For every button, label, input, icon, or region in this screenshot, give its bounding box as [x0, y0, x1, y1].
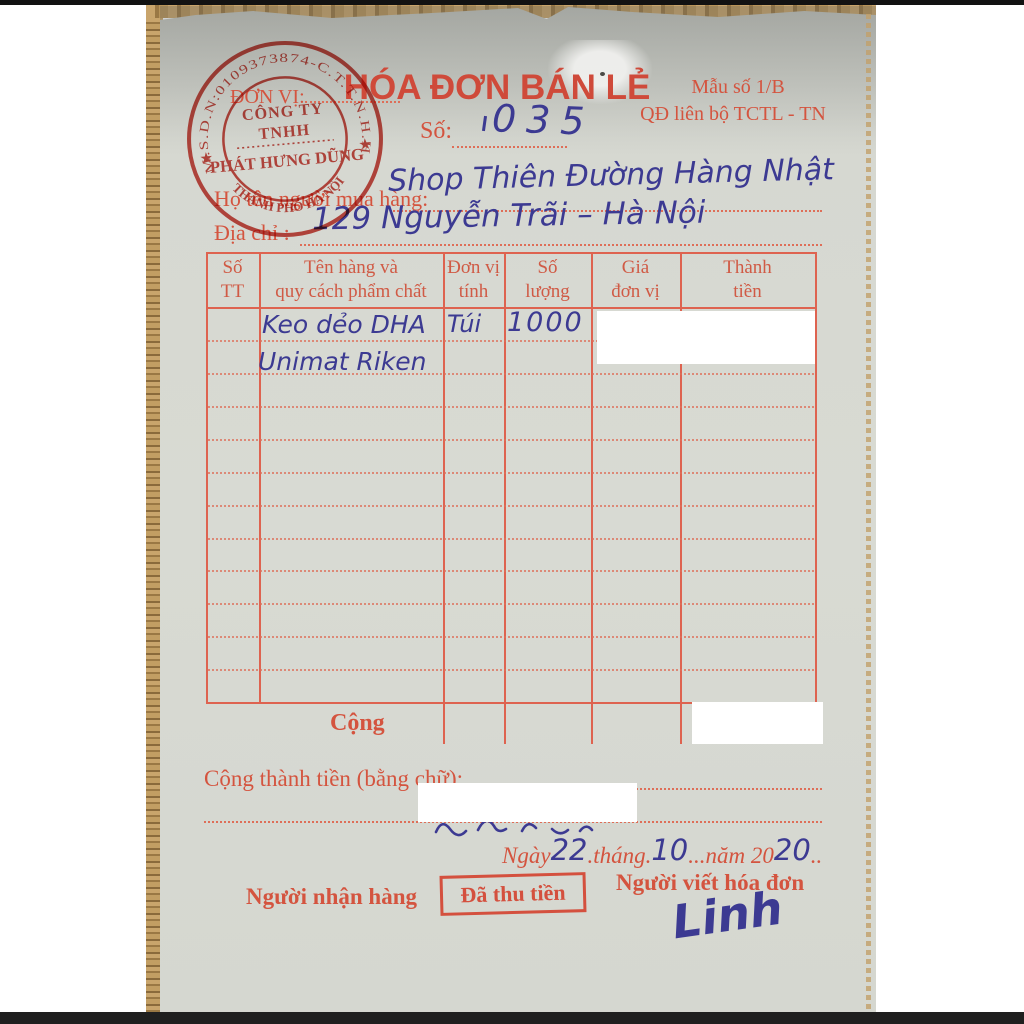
col-header-text: quy cách phẩm chất: [275, 281, 426, 302]
table-row-line: [208, 406, 814, 408]
table-row-line: [208, 505, 814, 507]
table-row-line: [208, 472, 814, 474]
date-year-suffix: 20: [774, 833, 811, 867]
table-border-top: [206, 252, 817, 254]
table-row-line: [208, 439, 814, 441]
stamp-company-line3: PHÁT HƯNG DŨNG: [209, 143, 365, 176]
company-stamp: M.S.D.N:0109373874-C.T.T.N.H.H THÀNH PHỐ…: [176, 30, 395, 249]
stamp-company-line2: TNHH: [258, 122, 311, 143]
table-row-line: [208, 603, 814, 605]
col-header-text: đơn vị: [611, 281, 660, 302]
table-border-right: [815, 252, 817, 704]
stamp-company-line1: CÔNG TY: [241, 98, 324, 124]
col-header-text: Đơn vị: [447, 257, 500, 278]
date-mid2: ...năm 20: [688, 843, 774, 868]
col-header-don-vi-tinh: Đơn vị tính: [443, 256, 504, 304]
form-decree: QĐ liên bộ TCTL - TN: [640, 103, 826, 126]
col-header-text: tính: [459, 281, 489, 302]
date-line: Ngày22.tháng.10...năm 2020..: [502, 836, 822, 870]
stamp-dotted-line: [237, 140, 334, 148]
date-day: 22: [551, 833, 588, 867]
redaction-box-words: [418, 783, 637, 822]
total-row-label: Cộng: [330, 710, 385, 737]
item-unit: Túi: [447, 310, 481, 338]
form-number: Mẫu số 1/B: [691, 76, 784, 99]
item-name-line2: Unimat Riken: [258, 347, 427, 376]
col-header-thanh-tien: Thành tiền: [680, 256, 815, 304]
invoice-photo: ĐƠN VỊ: HÓA ĐƠN BÁN LẺ Mẫu số 1/B QĐ liê…: [0, 0, 1024, 1024]
item-name-line1: Keo dẻo DHA: [262, 310, 426, 339]
col-header-text: Giá: [622, 257, 649, 278]
date-month: 10: [651, 833, 688, 867]
table-row-line: [208, 570, 814, 572]
invoice-no-label: Số:: [420, 118, 452, 145]
table-row-line: [208, 636, 814, 638]
col-header-stt: Số TT: [206, 256, 259, 304]
col-header-gia-don-vi: Giá đơn vị: [591, 256, 680, 304]
photo-border-bottom: [0, 1012, 1024, 1024]
col-header-text: lượng: [525, 281, 570, 302]
col-header-text: Số: [537, 257, 557, 278]
date-mid1: .tháng.: [587, 843, 651, 868]
date-prefix: Ngày: [502, 843, 551, 868]
redaction-box-price: [597, 311, 815, 364]
col-header-text: tiền: [733, 281, 762, 302]
invoice-no-leader: [452, 146, 567, 148]
receiver-label: Người nhận hàng: [246, 884, 417, 910]
redaction-box-total: [692, 702, 823, 744]
col-header-text: TT: [221, 281, 244, 302]
paid-stamp-text: Đã thu tiền: [460, 880, 566, 908]
col-header-so-luong: Số lượng: [504, 256, 591, 304]
photo-border-top: [0, 0, 1024, 5]
col-header-ten-hang: Tên hàng và quy cách phẩm chất: [259, 256, 443, 304]
date-tail: ..: [811, 843, 823, 868]
col-header-text: Thành: [723, 257, 772, 278]
table-row-line: [208, 538, 814, 540]
item-quantity: 1000: [507, 307, 584, 338]
col-header-text: Tên hàng và: [304, 257, 398, 278]
perforation-edge: [866, 14, 871, 1010]
address-leader: [300, 244, 822, 246]
invoice-no-value: 035: [491, 96, 595, 144]
col-header-text: Số: [222, 257, 242, 278]
table-row-line: [208, 669, 814, 671]
paid-stamp-box: Đã thu tiền: [440, 872, 587, 916]
